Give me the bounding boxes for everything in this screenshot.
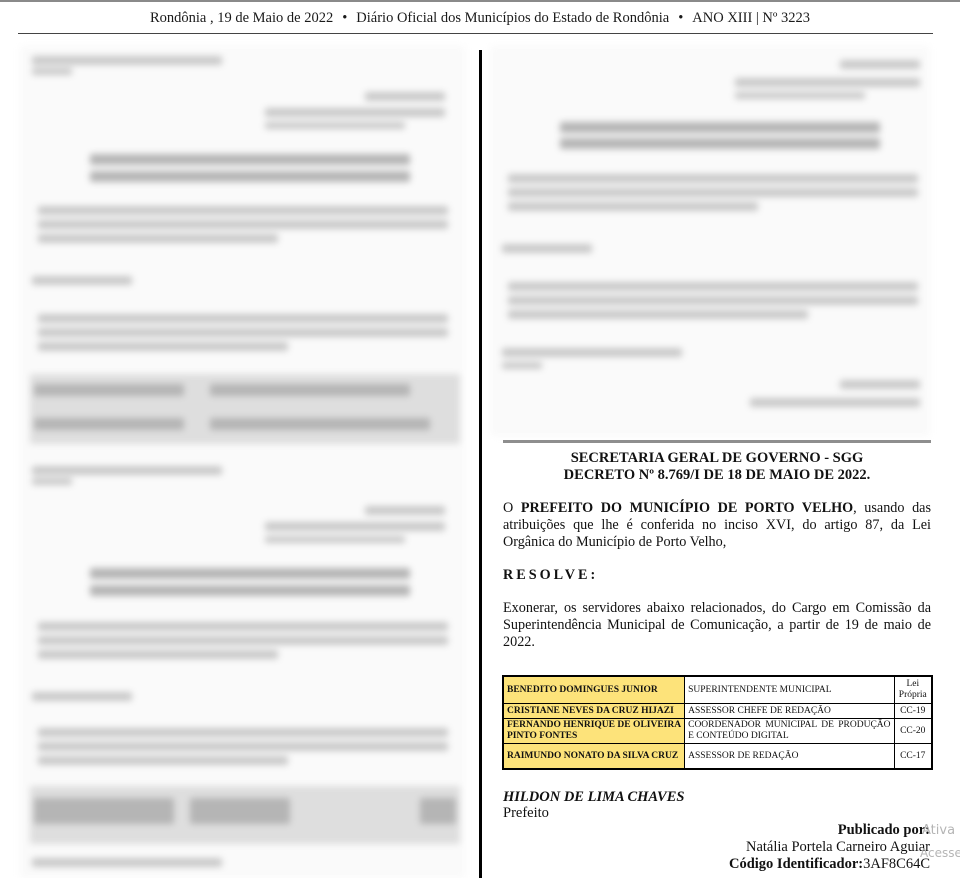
server-name: BENEDITO DOMINGUES JUNIOR [503, 676, 685, 704]
server-role: COORDENADOR MUNICIPAL DE PRODUÇÃO E CONT… [685, 719, 894, 744]
signer-name: HILDON DE LIMA CHAVES [503, 789, 684, 805]
header-publication: Diário Oficial dos Municípios do Estado … [356, 10, 669, 27]
server-name: RAIMUNDO NONATO DA SILVA CRUZ [503, 744, 685, 770]
published-by: Natália Portela Carneiro Aguiar [729, 839, 930, 856]
server-role: ASSESSOR CHEFE DE REDAÇÃO [685, 704, 894, 719]
secretariat-heading: SECRETARIA GERAL DE GOVERNO - SGG [503, 450, 931, 467]
decree-section: SECRETARIA GERAL DE GOVERNO - SGG DECRET… [503, 450, 931, 651]
published-by-label: Publicado por: [729, 822, 930, 839]
header-location-date: Rondônia , 19 de Maio de 2022 [150, 10, 333, 27]
code-label: Código Identificador: [729, 856, 863, 872]
blurred-left-column [20, 46, 465, 878]
server-code: CC-17 [894, 744, 932, 770]
section-divider [503, 440, 931, 443]
header-separator: • [342, 10, 347, 27]
server-code: Lei Própria [894, 676, 932, 704]
server-code: CC-19 [894, 704, 932, 719]
server-name: FERNANDO HENRIQUE DE OLIVEIRA PINTO FONT… [503, 719, 685, 744]
server-role: ASSESSOR DE REDAÇÃO [685, 744, 894, 770]
table-row: BENEDITO DOMINGUES JUNIORSUPERINTENDENTE… [503, 676, 932, 704]
publication-info: Publicado por: Natália Portela Carneiro … [729, 822, 930, 873]
header-edition: ANO XIII | Nº 3223 [692, 10, 810, 27]
server-name: CRISTIANE NEVES DA CRUZ HIJAZI [503, 704, 685, 719]
blurred-right-column [490, 46, 930, 436]
server-code: CC-20 [894, 719, 932, 744]
signature-block: HILDON DE LIMA CHAVES Prefeito [503, 789, 684, 821]
decree-title: DECRETO Nº 8.769/I DE 18 DE MAIO DE 2022… [503, 467, 931, 484]
table-row: CRISTIANE NEVES DA CRUZ HIJAZIASSESSOR C… [503, 704, 932, 719]
header-separator: • [678, 10, 683, 27]
resolve-heading: RESOLVE: [503, 567, 931, 584]
signer-title: Prefeito [503, 805, 684, 821]
server-role: SUPERINTENDENTE MUNICIPAL [685, 676, 894, 704]
page-header: Rondônia , 19 de Maio de 2022 • Diário O… [0, 0, 960, 36]
decree-body: Exonerar, os servidores abaixo relaciona… [503, 600, 931, 651]
identifier-line: Código Identificador:3AF8C64C [729, 856, 930, 873]
header-divider [18, 33, 933, 34]
table-row: FERNANDO HENRIQUE DE OLIVEIRA PINTO FONT… [503, 719, 932, 744]
decree-intro: O PREFEITO DO MUNICÍPIO DE PORTO VELHO, … [503, 500, 931, 551]
intro-prefix: O [503, 500, 521, 516]
servers-table: BENEDITO DOMINGUES JUNIORSUPERINTENDENTE… [502, 675, 933, 770]
activation-watermark-sub: Acesse [920, 846, 960, 860]
column-divider [479, 50, 482, 878]
intro-bold: PREFEITO DO MUNICÍPIO DE PORTO VELHO [521, 500, 853, 516]
activation-watermark: Ativa [922, 823, 955, 838]
table-row: RAIMUNDO NONATO DA SILVA CRUZASSESSOR DE… [503, 744, 932, 770]
